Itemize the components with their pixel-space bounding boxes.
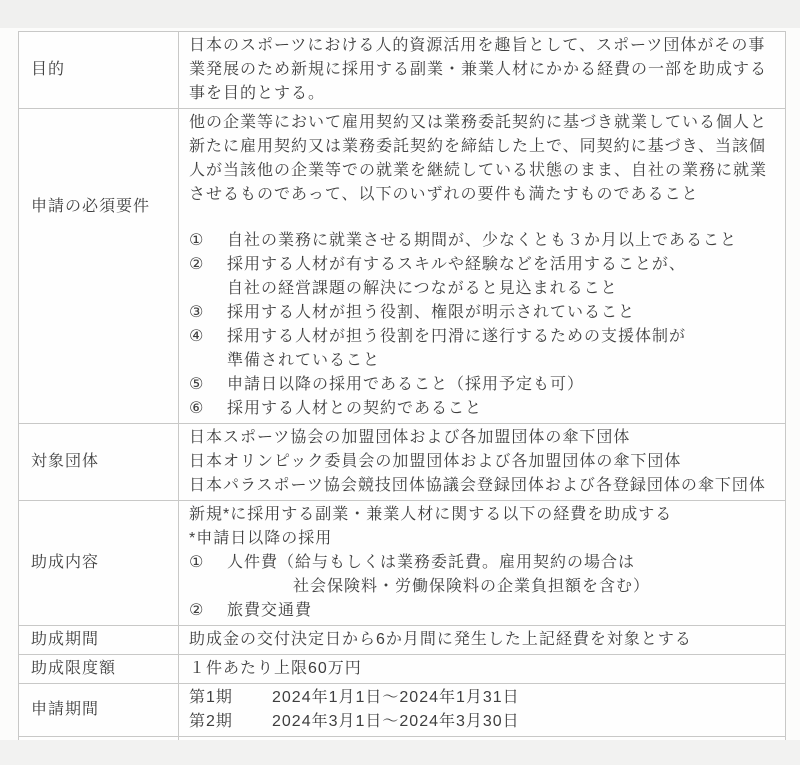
organization-line: 日本パラスポーツ協会競技団体協議会登録団体および各登録団体の傘下団体: [189, 474, 777, 498]
requirement-item-1: ① 自社の業務に就業させる期間が、少なくとも３か月以上であること: [189, 229, 777, 253]
item-marker: ①: [189, 551, 227, 599]
requirement-item-4: ④ 採用する人材が担う役割を円滑に遂行するための支援体制が 準備されていること: [189, 325, 777, 373]
text-line: 採用する人材が担う役割、権限が明示されていること: [227, 304, 635, 321]
period-range: 2024年1月1日〜2024年1月31日: [272, 686, 520, 710]
text-line: 社会保険料・労働保険料の企業負担額を含む）: [293, 575, 777, 599]
table-row-grant-limit: 助成限度額 １件あたり上限60万円: [19, 655, 786, 684]
row-label-application-period: 申請期間: [19, 684, 179, 737]
text-line: 自社の経営課題の解決につながると見込まれること: [227, 277, 777, 301]
requirement-item-6: ⑥ 採用する人材との契約であること: [189, 397, 777, 421]
item-marker: ②: [189, 599, 227, 623]
text-line: 採用する人材が有するスキルや経験などを活用することが、: [227, 253, 777, 277]
period-term: 第2期: [189, 710, 272, 734]
row-content-application-period: 第1期 2024年1月1日〜2024年1月31日 第2期 2024年3月1日〜2…: [179, 684, 786, 737]
requirement-item-3: ③ 採用する人材が担う役割、権限が明示されていること: [189, 301, 777, 325]
organization-line: 日本オリンピック委員会の加盟団体および各加盟団体の傘下団体: [189, 450, 777, 474]
organization-line: 日本スポーツ協会の加盟団体および各加盟団体の傘下団体: [189, 426, 777, 450]
expense-item-2: ② 旅費交通費: [189, 599, 777, 623]
application-period-1: 第1期 2024年1月1日〜2024年1月31日: [189, 686, 777, 710]
grant-summary-table: 目的 日本のスポーツにおける人的資源活用を趣旨として、スポーツ団体がその事業発展…: [18, 31, 786, 765]
row-label-grant-limit: 助成限度額: [19, 655, 179, 684]
text-line: 旅費交通費: [227, 602, 312, 619]
period-term: 第1期: [189, 686, 272, 710]
purpose-paragraph: 日本のスポーツにおける人的資源活用を趣旨として、スポーツ団体がその事業発展のため…: [189, 34, 777, 106]
item-marker: ③: [189, 301, 227, 325]
document-area: 目的 日本のスポーツにおける人的資源活用を趣旨として、スポーツ団体がその事業発展…: [0, 28, 800, 765]
row-content-purpose: 日本のスポーツにおける人的資源活用を趣旨として、スポーツ団体がその事業発展のため…: [179, 32, 786, 109]
row-label-grant-period: 助成期間: [19, 626, 179, 655]
application-period-2: 第2期 2024年3月1日〜2024年3月30日: [189, 710, 777, 734]
row-label-organizations: 対象団体: [19, 424, 179, 501]
text-line: 新規*に採用する副業・兼業人材に関する以下の経費を助成する: [189, 503, 777, 527]
text-line: 採用する人材が担う役割を円滑に遂行するための支援体制が: [227, 325, 777, 349]
row-content-grant-period: 助成金の交付決定日から6か月間に発生した上記経費を対象とする: [179, 626, 786, 655]
table-row-organizations: 対象団体 日本スポーツ協会の加盟団体および各加盟団体の傘下団体 日本オリンピック…: [19, 424, 786, 501]
row-label-purpose: 目的: [19, 32, 179, 109]
requirements-paragraph: 他の企業等において雇用契約又は業務委託契約に基づき就業している個人と新たに雇用契…: [189, 111, 777, 207]
text-line: 申請日以降の採用であること（採用予定も可）: [227, 376, 584, 393]
expense-item-1: ① 人件費（給与もしくは業務委託費。雇用契約の場合は 社会保険料・労働保険料の企…: [189, 551, 777, 599]
item-marker: ②: [189, 253, 227, 301]
text-line: １件あたり上限60万円: [189, 657, 777, 681]
requirement-item-5: ⑤ 申請日以降の採用であること（採用予定も可）: [189, 373, 777, 397]
row-content-grant-details: 新規*に採用する副業・兼業人材に関する以下の経費を助成する *申請日以降の採用 …: [179, 501, 786, 626]
row-content-requirements: 他の企業等において雇用契約又は業務委託契約に基づき就業している個人と新たに雇用契…: [179, 109, 786, 424]
row-label-grant-details: 助成内容: [19, 501, 179, 626]
item-marker: ⑤: [189, 373, 227, 397]
text-line: *申請日以降の採用: [189, 527, 777, 551]
item-marker: ④: [189, 325, 227, 373]
row-label-requirements: 申請の必須要件: [19, 109, 179, 424]
blank-line: [189, 207, 777, 229]
requirement-item-2: ② 採用する人材が有するスキルや経験などを活用することが、 自社の経営課題の解決…: [189, 253, 777, 301]
table-row-requirements: 申請の必須要件 他の企業等において雇用契約又は業務委託契約に基づき就業している個…: [19, 109, 786, 424]
text-line: 採用する人材との契約であること: [227, 400, 482, 417]
period-range: 2024年3月1日〜2024年3月30日: [272, 710, 520, 734]
page-bottom-margin: [0, 740, 800, 765]
text-line: 準備されていること: [227, 349, 777, 373]
text-line: 人件費（給与もしくは業務委託費。雇用契約の場合は: [227, 551, 777, 575]
table-row-grant-details: 助成内容 新規*に採用する副業・兼業人材に関する以下の経費を助成する *申請日以…: [19, 501, 786, 626]
table-row-grant-period: 助成期間 助成金の交付決定日から6か月間に発生した上記経費を対象とする: [19, 626, 786, 655]
text-line: 自社の業務に就業させる期間が、少なくとも３か月以上であること: [227, 232, 737, 249]
row-content-grant-limit: １件あたり上限60万円: [179, 655, 786, 684]
text-line: 助成金の交付決定日から6か月間に発生した上記経費を対象とする: [189, 628, 777, 652]
row-content-organizations: 日本スポーツ協会の加盟団体および各加盟団体の傘下団体 日本オリンピック委員会の加…: [179, 424, 786, 501]
page-top-margin: [0, 0, 800, 28]
table-row-purpose: 目的 日本のスポーツにおける人的資源活用を趣旨として、スポーツ団体がその事業発展…: [19, 32, 786, 109]
item-marker: ⑥: [189, 397, 227, 421]
table-row-application-period: 申請期間 第1期 2024年1月1日〜2024年1月31日 第2期 2024年3…: [19, 684, 786, 737]
item-marker: ①: [189, 229, 227, 253]
